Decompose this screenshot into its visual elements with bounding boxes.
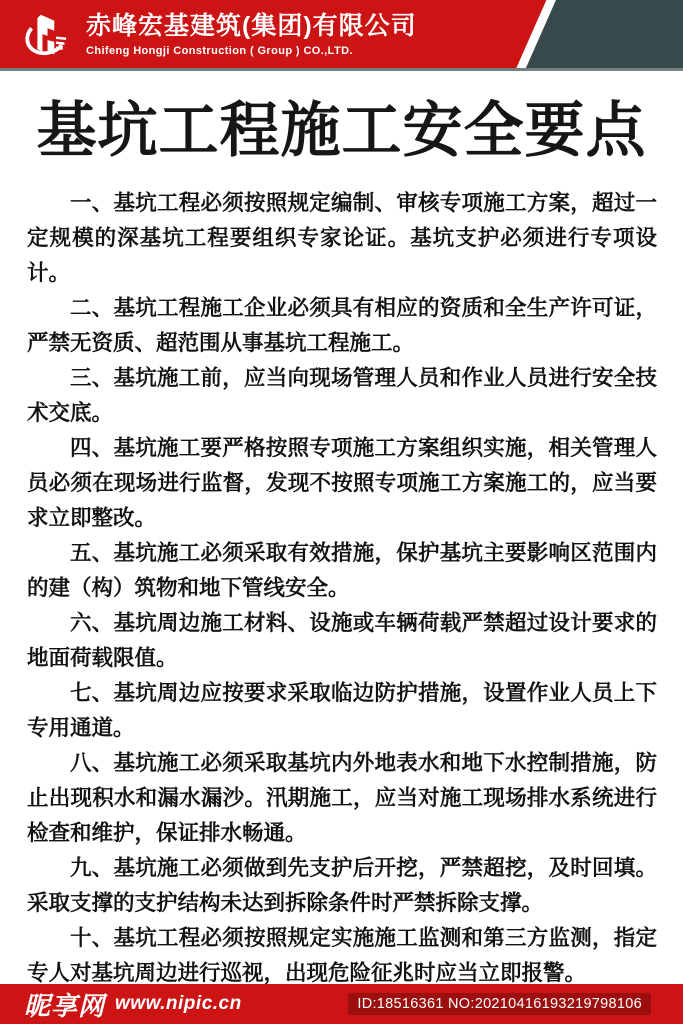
safety-point-8: 八、基坑施工必须采取基坑内外地表水和地下水控制措施，防止出现积水和漏水漏沙。汛期…	[27, 746, 657, 851]
company-name-en: Chifeng Hongji Construction ( Group ) CO…	[86, 45, 417, 57]
safety-point-2: 二、基坑工程施工企业必须具有相应的资质和全生产许可证，严禁无资质、超范围从事基坑…	[27, 291, 657, 361]
safety-point-6: 六、基坑周边施工材料、设施或车辆荷载严禁超过设计要求的地面荷载限值。	[27, 606, 657, 676]
company-name-block: 赤峰宏基建筑(集团)有限公司 Chifeng Hongji Constructi…	[86, 13, 417, 57]
header: 赤峰宏基建筑(集团)有限公司 Chifeng Hongji Constructi…	[0, 0, 683, 71]
company-logo-icon	[18, 8, 72, 62]
safety-point-3: 三、基坑施工前，应当向现场管理人员和作业人员进行安全技术交底。	[27, 361, 657, 431]
poster-title: 基坑工程施工安全要点	[0, 99, 683, 162]
safety-points-list: 一、基坑工程必须按照规定编制、审核专项施工方案，超过一定规模的深基坑工程要组织专…	[27, 186, 657, 991]
header-divider-line	[0, 68, 683, 71]
site-url-text: www.nipic.cn	[115, 993, 242, 1015]
safety-point-4: 四、基坑施工要严格按照专项施工方案组织实施，相关管理人员必须在现场进行监督，发现…	[27, 431, 657, 536]
safety-point-1: 一、基坑工程必须按照规定编制、审核专项施工方案，超过一定规模的深基坑工程要组织专…	[27, 186, 657, 291]
image-id-badge: ID:18516361 NO:20210416193219798106	[348, 993, 651, 1015]
footer-bar: 昵享网 www.nipic.cn ID:18516361 NO:20210416…	[0, 984, 683, 1024]
safety-point-7: 七、基坑周边应按要求采取临边防护措施，设置作业人员上下专用通道。	[27, 676, 657, 746]
safety-point-5: 五、基坑施工必须采取有效措施，保护基坑主要影响区范围内的建（构）筑物和地下管线安…	[27, 536, 657, 606]
safety-poster: 赤峰宏基建筑(集团)有限公司 Chifeng Hongji Constructi…	[0, 0, 683, 1024]
safety-point-9: 九、基坑施工必须做到先支护后开挖，严禁超挖，及时回填。采取支撑的支护结构未达到拆…	[27, 851, 657, 921]
safety-point-10: 十、基坑工程必须按照规定实施施工监测和第三方监测，指定专人对基坑周边进行巡视，出…	[27, 921, 657, 991]
company-name-zh: 赤峰宏基建筑(集团)有限公司	[86, 13, 417, 41]
site-logo-text: 昵享网	[24, 986, 105, 1023]
